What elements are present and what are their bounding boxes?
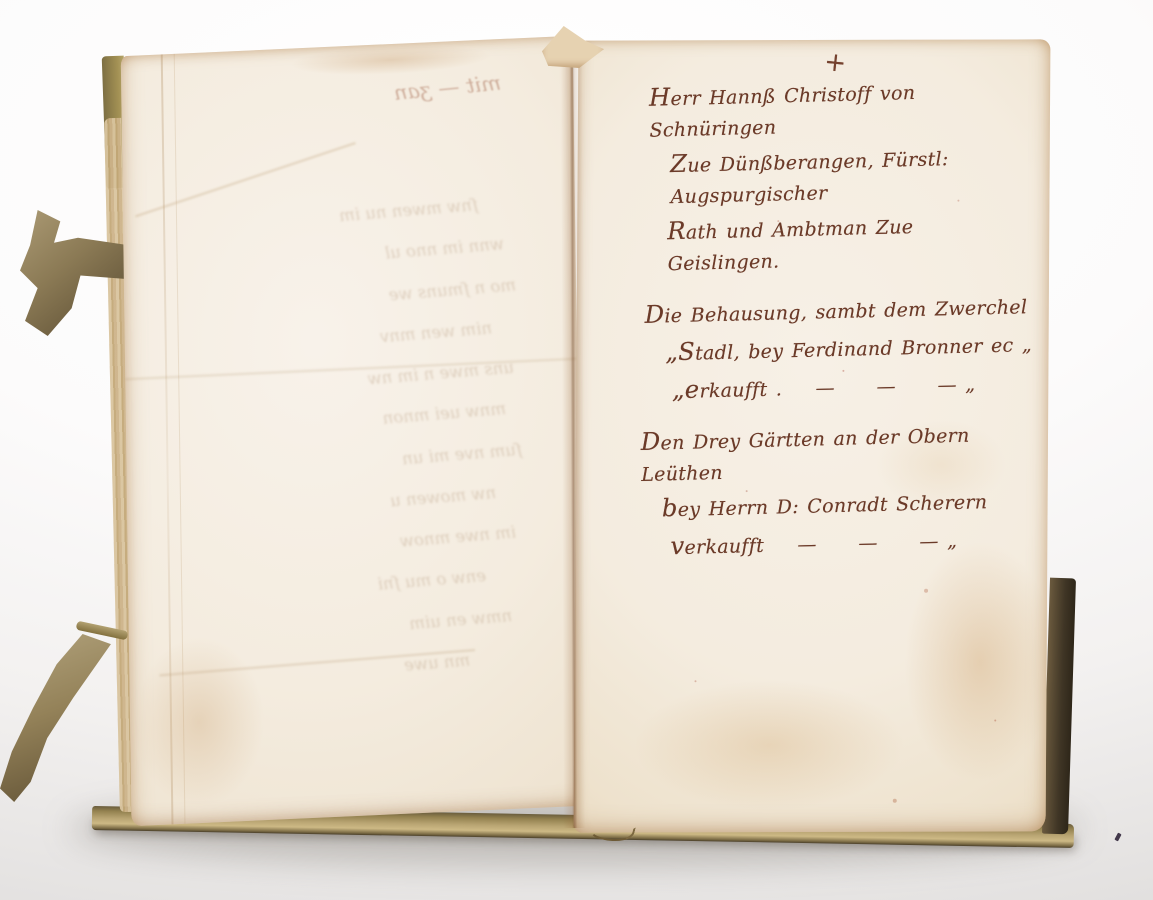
manuscript-paragraph: Die Behausung, sambt dem Zwerchel „Stadl… bbox=[642, 286, 1036, 409]
right-page: + Herr Hannß Christoff von Schnüringen Z… bbox=[574, 39, 1051, 832]
manuscript-paragraph: Den Drey Gärtten an der Obern Leüthen be… bbox=[644, 413, 1038, 565]
photo-open-manuscript-book: mit — ʒan ſnw mwen nu im wnn im nno ul m… bbox=[0, 0, 1153, 900]
manuscript-line: Rath und Ambtman Zue Geislingen. bbox=[667, 203, 1034, 279]
right-page-stain bbox=[634, 680, 905, 811]
left-page-stain bbox=[291, 42, 491, 79]
manuscript-paragraph: Herr Hannß Christoff von Schnüringen Zue… bbox=[639, 69, 1034, 280]
leather-tie-lower bbox=[0, 634, 118, 802]
manuscript-line: Zue Dünßberangen, Fürstl: Augspurgischer bbox=[670, 136, 1033, 212]
manuscript-line: Herr Hannß Christoff von Schnüringen bbox=[649, 69, 1032, 146]
dust-speck bbox=[1114, 833, 1121, 842]
book-gutter-fold bbox=[561, 44, 586, 828]
ink-bleedthrough-text: ſnw mwen nu im wnn im nno ul mo n ſmuns … bbox=[206, 181, 535, 699]
right-page-stain bbox=[904, 541, 1055, 781]
ink-bleedthrough-mark: mit — ʒan bbox=[251, 71, 502, 119]
manuscript-line: Den Drey Gärtten an der Obern Leüthen bbox=[640, 413, 1037, 490]
manuscript-text-block: Herr Hannß Christoff von Schnüringen Zue… bbox=[639, 69, 1039, 566]
left-page: mit — ʒan ſnw mwen nu im wnn im nno ul m… bbox=[121, 36, 584, 826]
